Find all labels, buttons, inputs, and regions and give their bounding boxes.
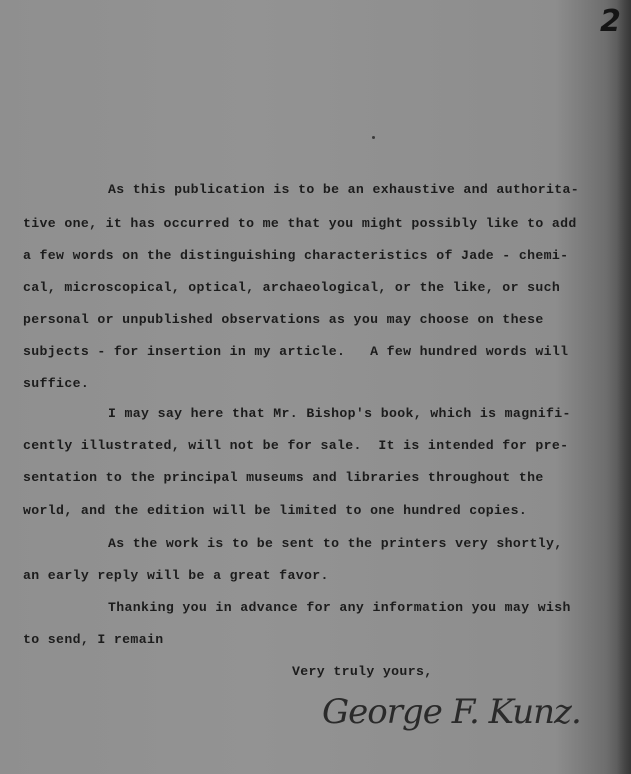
paragraph-1-line-6: subjects - for insertion in my article. … bbox=[23, 344, 568, 359]
paragraph-2-line-2: cently illustrated, will not be for sale… bbox=[23, 438, 568, 453]
handwritten-signature: George F. Kunz. bbox=[322, 692, 581, 732]
paragraph-2-line-1: I may say here that Mr. Bishop's book, w… bbox=[108, 406, 571, 421]
paragraph-2-line-4: world, and the edition will be limited t… bbox=[23, 503, 527, 518]
paragraph-1-line-7: suffice. bbox=[23, 376, 89, 391]
paragraph-1-line-4: cal, microscopical, optical, archaeologi… bbox=[23, 280, 560, 295]
letter-page: 2 As this publication is to be an exhaus… bbox=[0, 0, 631, 774]
paragraph-1-line-2: tive one, it has occurred to me that you… bbox=[23, 216, 577, 231]
paragraph-3-line-1: As the work is to be sent to the printer… bbox=[108, 536, 563, 551]
paragraph-1-line-3: a few words on the distinguishing charac… bbox=[23, 248, 568, 263]
paragraph-1-line-1: As this publication is to be an exhausti… bbox=[108, 182, 579, 197]
paragraph-3-line-2: an early reply will be a great favor. bbox=[23, 568, 329, 583]
paper-speck bbox=[372, 136, 375, 139]
paragraph-4-line-2: to send, I remain bbox=[23, 632, 163, 647]
paragraph-1-line-5: personal or unpublished observations as … bbox=[23, 312, 544, 327]
paragraph-4-line-1: Thanking you in advance for any informat… bbox=[108, 600, 571, 615]
paragraph-2-line-3: sentation to the principal museums and l… bbox=[23, 470, 544, 485]
closing-salutation: Very truly yours, bbox=[292, 664, 432, 679]
page-number: 2 bbox=[600, 4, 621, 39]
